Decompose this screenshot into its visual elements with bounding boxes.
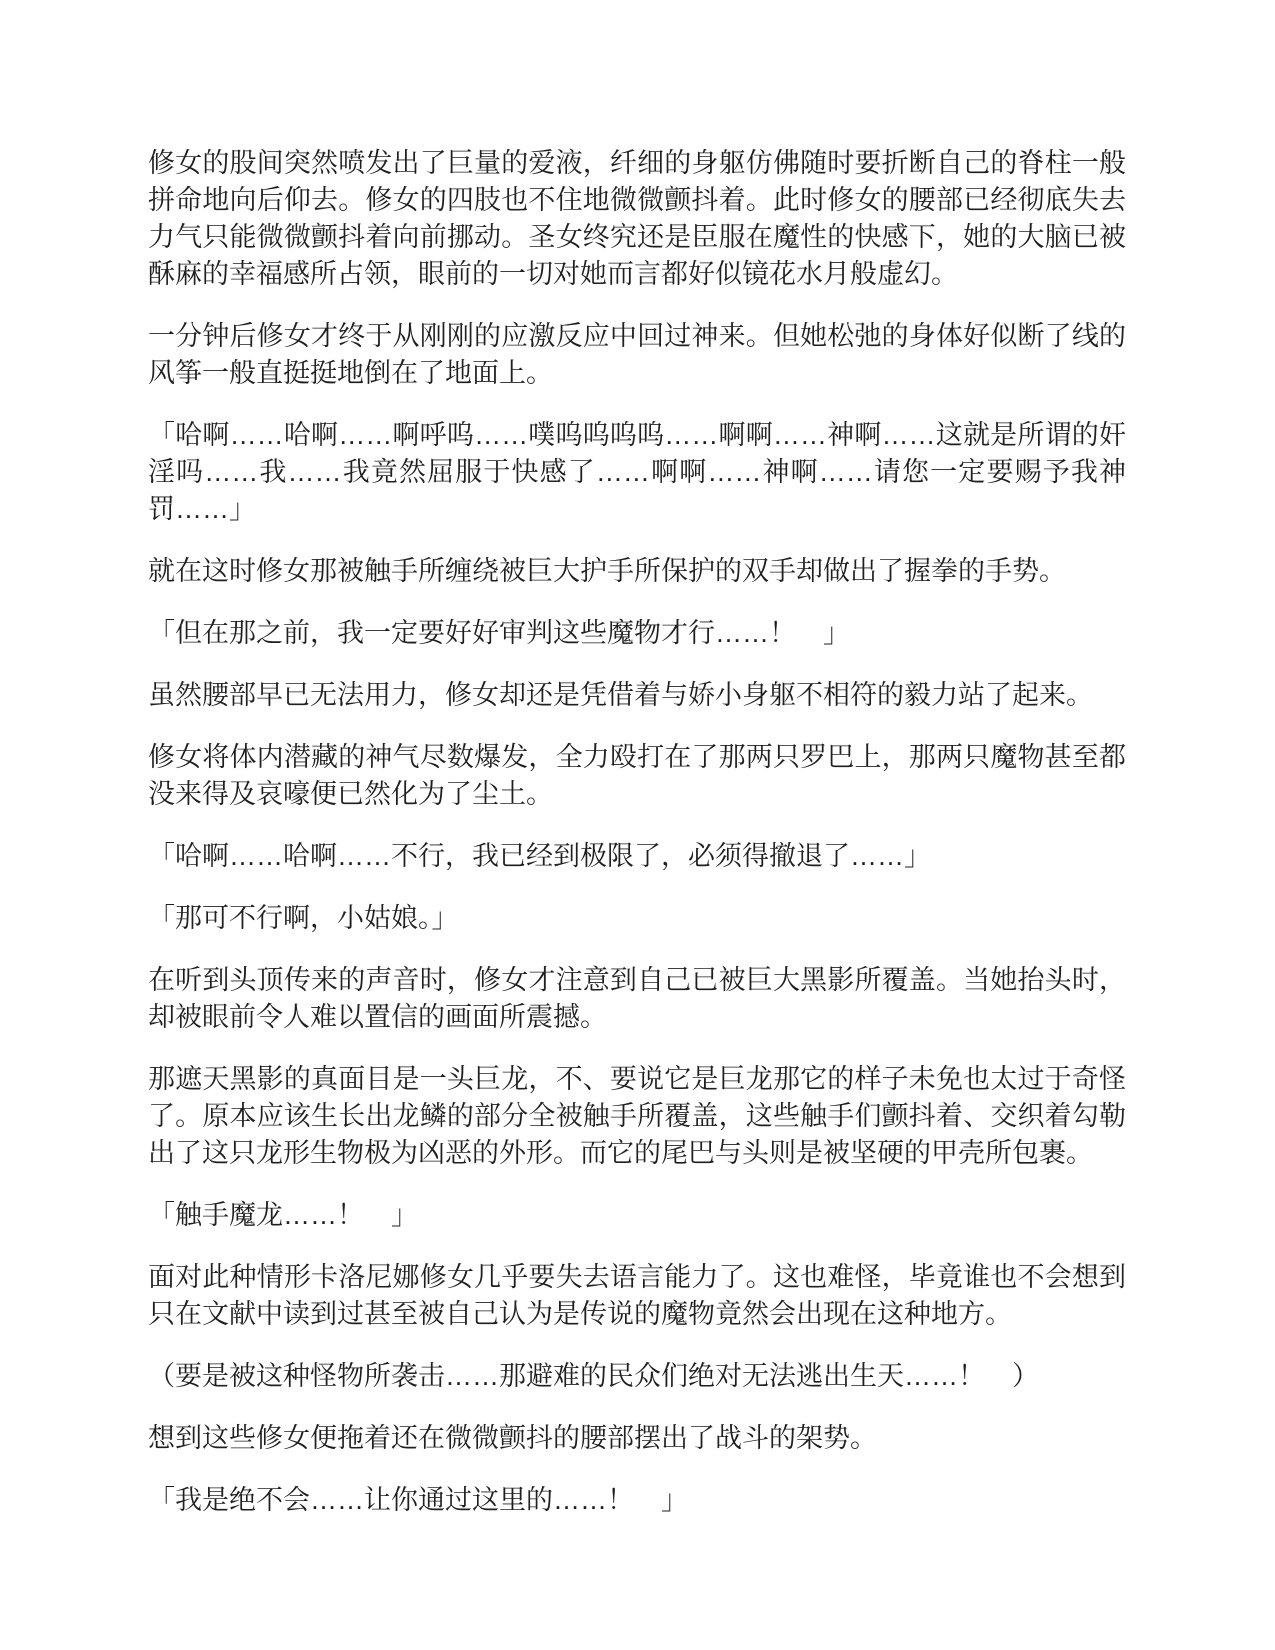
paragraph: 就在这时修女那被触手所缠绕被巨大护手所保护的双手却做出了握拳的手势。 [148,553,1126,590]
paragraph: 「那可不行啊，小姑娘。」 [148,900,1126,937]
paragraph: 「触手魔龙……！ 」 [148,1197,1126,1234]
paragraph: 「我是绝不会……让你通过这里的……！ 」 [148,1482,1126,1519]
paragraph: （要是被这种怪物所袭击……那避难的民众们绝对无法逃出生天……！ ） [148,1358,1126,1395]
paragraph: 一分钟后修女才终于从刚刚的应激反应中回过神来。但她松弛的身体好似断了线的风筝一般… [148,318,1126,392]
paragraph: 「但在那之前，我一定要好好审判这些魔物才行……！ 」 [148,615,1126,652]
paragraph: 「哈啊……哈啊……不行，我已经到极限了，必须得撤退了……」 [148,838,1126,875]
paragraph: 修女将体内潜藏的神气尽数爆发，全力殴打在了那两只罗巴上，那两只魔物甚至都没来得及… [148,739,1126,813]
paragraph: 修女的股间突然喷发出了巨量的爱液，纤细的身躯仿佛随时要折断自己的脊柱一般拼命地向… [148,145,1126,293]
paragraph: 「哈啊……哈啊……啊呼呜……噗呜呜呜呜……啊啊……神啊……这就是所谓的奸淫吗……… [148,417,1126,528]
document-page: 修女的股间突然喷发出了巨量的爱液，纤细的身躯仿佛随时要折断自己的脊柱一般拼命地向… [0,0,1275,1650]
text-column: 修女的股间突然喷发出了巨量的爱液，纤细的身躯仿佛随时要折断自己的脊柱一般拼命地向… [148,145,1126,1519]
paragraph: 虽然腰部早已无法用力，修女却还是凭借着与娇小身躯不相符的毅力站了起来。 [148,677,1126,714]
paragraph: 面对此种情形卡洛尼娜修女几乎要失去语言能力了。这也难怪，毕竟谁也不会想到只在文献… [148,1259,1126,1333]
paragraph: 那遮天黑影的真面目是一头巨龙，不、要说它是巨龙那它的样子未免也太过于奇怪了。原本… [148,1061,1126,1172]
paragraph: 在听到头顶传来的声音时，修女才注意到自己已被巨大黑影所覆盖。当她抬头时，却被眼前… [148,962,1126,1036]
paragraph: 想到这些修女便拖着还在微微颤抖的腰部摆出了战斗的架势。 [148,1420,1126,1457]
